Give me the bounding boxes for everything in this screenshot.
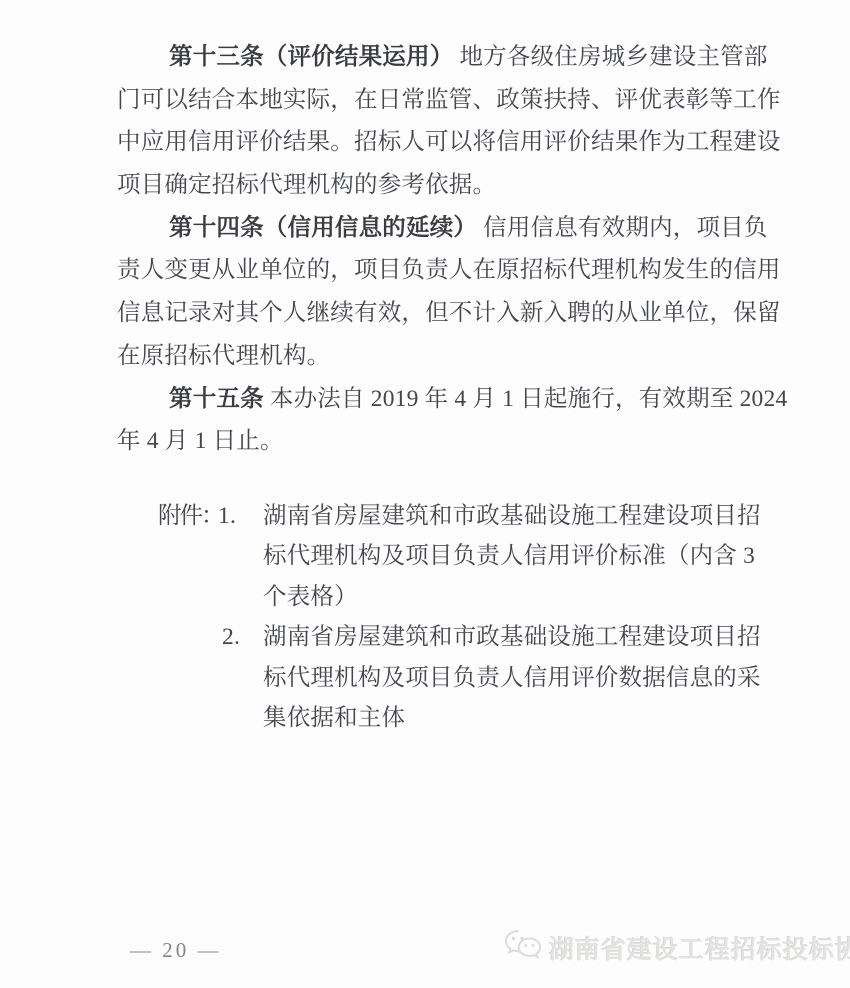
attachment-row: 标代理机构及项目负责人信用评价标准（内含 3: [160, 536, 800, 576]
article-14-line-4: 在原招标代理机构。: [117, 335, 797, 378]
body-line-text: 本办法自 2019 年 4 月 1 日起施行，有效期至 2024: [264, 386, 788, 412]
article-14-line-3: 信息记录对其个人继续有效，但不计入新入聘的从业单位，保留: [117, 292, 797, 335]
attachments-label: 附件：: [158, 496, 223, 536]
attachment-1-number: 1.: [218, 496, 236, 536]
body-line-text: 年 4 月 1 日止。: [117, 428, 284, 454]
body-text-block: 第十三条（评价结果运用） 地方各级住房城乡建设主管部 门可以结合本地实际，在日常…: [117, 36, 797, 463]
attachment-1-line-2: 标代理机构及项目负责人信用评价标准（内含 3: [263, 536, 755, 576]
body-line-text: 信息记录对其个人继续有效，但不计入新入聘的从业单位，保留: [117, 300, 781, 326]
body-line-text: 责人变更从业单位的，项目负责人在原招标代理机构发生的信用: [117, 257, 781, 283]
attachment-row: 个表格）: [160, 577, 800, 617]
article-13-heading: 第十三条（评价结果运用）: [169, 44, 453, 70]
watermark-text: 湖南省建设工程招标投标协会: [549, 930, 850, 966]
article-13-line-2: 门可以结合本地实际，在日常监管、政策扶持、评优表彰等工作: [117, 79, 797, 122]
association-watermark: 湖南省建设工程招标投标协会: [503, 928, 850, 967]
body-line-text: 地方各级住房城乡建设主管部: [453, 44, 767, 70]
article-14-line-2: 责人变更从业单位的，项目负责人在原招标代理机构发生的信用: [117, 249, 797, 292]
article-15-line-1: 第十五条 本办法自 2019 年 4 月 1 日起施行，有效期至 2024: [117, 378, 797, 421]
body-line-text: 信用信息有效期内，项目负: [477, 215, 767, 241]
article-14-heading: 第十四条（信用信息的延续）: [169, 215, 477, 241]
attachments-block: 附件： 1. 湖南省房屋建筑和市政基础设施工程建设项目招 标代理机构及项目负责人…: [160, 496, 800, 738]
attachment-1-line-3: 个表格）: [263, 577, 358, 617]
article-13-line-1: 第十三条（评价结果运用） 地方各级住房城乡建设主管部: [117, 36, 797, 79]
attachment-1-line-1: 湖南省房屋建筑和市政基础设施工程建设项目招: [263, 496, 761, 536]
article-15-heading: 第十五条: [169, 386, 264, 412]
document-page: 第十三条（评价结果运用） 地方各级住房城乡建设主管部 门可以结合本地实际，在日常…: [0, 0, 850, 988]
wechat-icon: [503, 928, 543, 967]
body-line-text: 门可以结合本地实际，在日常监管、政策扶持、评优表彰等工作: [117, 87, 781, 113]
body-line-text: 项目确定招标代理机构的参考依据。: [117, 172, 496, 198]
page-number: — 20 —: [130, 938, 222, 963]
article-14-line-1: 第十四条（信用信息的延续） 信用信息有效期内，项目负: [117, 207, 797, 250]
body-line-text: 中应用信用评价结果。招标人可以将信用评价结果作为工程建设: [117, 129, 781, 155]
attachment-row: 2. 湖南省房屋建筑和市政基础设施工程建设项目招: [160, 617, 800, 657]
attachment-row: 标代理机构及项目负责人信用评价数据信息的采: [160, 658, 800, 698]
attachment-2-line-1: 湖南省房屋建筑和市政基础设施工程建设项目招: [263, 617, 761, 657]
body-line-text: 在原招标代理机构。: [117, 343, 330, 369]
attachment-row: 集依据和主体: [160, 698, 800, 738]
attachment-row: 附件： 1. 湖南省房屋建筑和市政基础设施工程建设项目招: [160, 496, 800, 536]
article-13-line-4: 项目确定招标代理机构的参考依据。: [117, 164, 797, 207]
attachment-2-line-2: 标代理机构及项目负责人信用评价数据信息的采: [263, 658, 761, 698]
article-13-line-3: 中应用信用评价结果。招标人可以将信用评价结果作为工程建设: [117, 121, 797, 164]
attachment-2-line-3: 集依据和主体: [263, 698, 405, 738]
attachment-2-number: 2.: [222, 617, 240, 657]
article-15-line-2: 年 4 月 1 日止。: [117, 420, 797, 463]
